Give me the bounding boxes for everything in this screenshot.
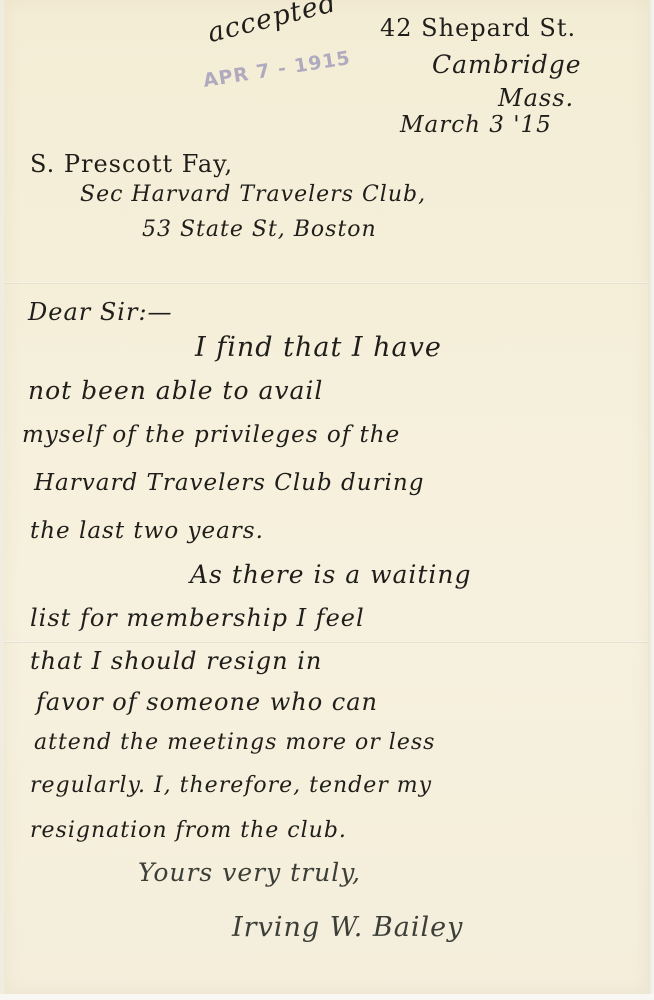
body-line-12: resignation from the club. — [30, 818, 347, 843]
address-street: 42 Shepard St. — [380, 14, 576, 42]
fold-line-upper — [4, 282, 648, 284]
paper-bottom-edge — [0, 994, 654, 1000]
address-state: Mass. — [498, 84, 574, 112]
body-line-2: not been able to avail — [28, 376, 323, 405]
body-line-9: favor of someone who can — [36, 688, 378, 716]
recipient-address: 53 State St, Boston — [142, 217, 377, 242]
closing: Yours very truly, — [138, 858, 361, 887]
body-line-7: list for membership I feel — [30, 604, 365, 632]
body-line-8: that I should resign in — [30, 647, 322, 675]
salutation: Dear Sir:— — [28, 298, 173, 326]
body-line-1: I find that I have — [195, 332, 442, 363]
body-line-10: attend the meetings more or less — [34, 730, 435, 755]
body-line-6: As there is a waiting — [190, 560, 472, 589]
signature: Irving W. Bailey — [232, 912, 463, 943]
address-city: Cambridge — [432, 50, 582, 79]
body-line-11: regularly. I, therefore, tender my — [30, 773, 432, 798]
body-line-4: Harvard Travelers Club during — [34, 470, 424, 496]
paper-right-edge — [648, 0, 654, 1000]
letter-date: March 3 '15 — [400, 112, 552, 138]
body-line-5: the last two years. — [30, 518, 264, 544]
recipient-name: S. Prescott Fay, — [30, 150, 233, 178]
recipient-title: Sec Harvard Travelers Club, — [80, 182, 426, 207]
body-line-3: myself of the privileges of the — [22, 422, 400, 448]
fold-line-lower — [4, 641, 648, 643]
